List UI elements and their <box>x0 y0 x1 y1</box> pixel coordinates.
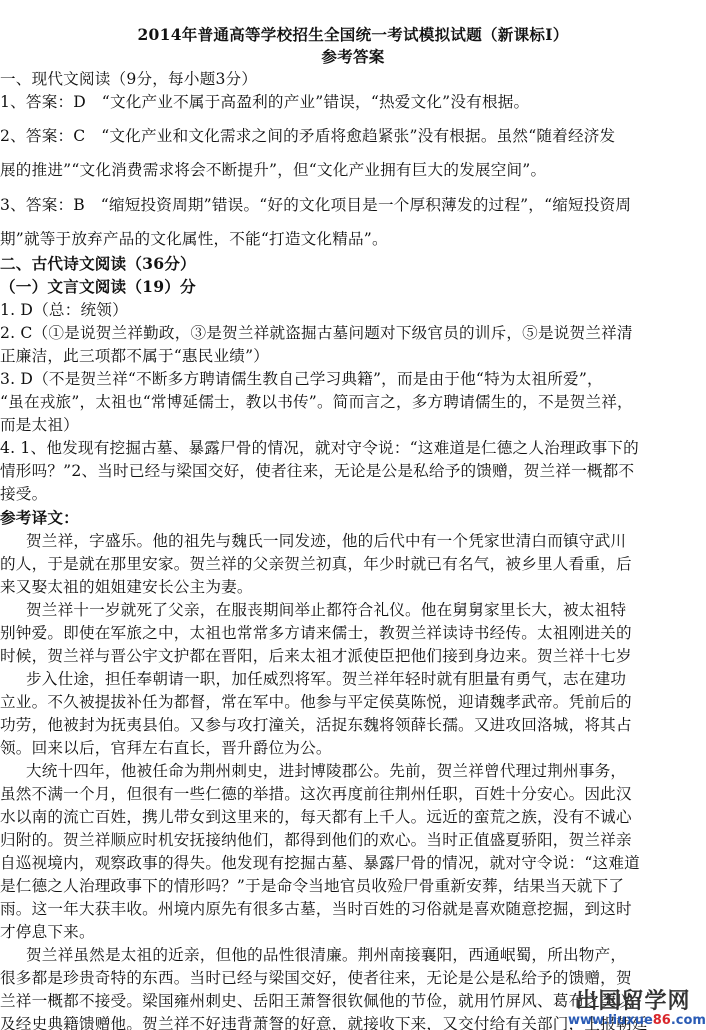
translation-line: 功劳，他被封为抚夷县伯。又参与攻打潼关，活捉东魏将领薛长孺。又进攻回洛城，将其占 <box>0 714 706 736</box>
translation-line: 贺兰祥，字盛乐。他的祖先与魏氏一同发迹，他的后代中有一个凭家世清白而镇守武川 <box>26 530 706 552</box>
translation-line: 很多都是珍贵奇特的东西。当时已经与梁国交好，使者往来，无论是公是私给予的馈赠，贺 <box>0 967 706 989</box>
answer-line: 1. D（总：统领） <box>0 299 706 321</box>
answer-line: 期”就等于放弃产品的文化属性，不能“打造文化精品”。 <box>0 228 706 250</box>
answer-document: 2014年普通高等学校招生全国统一考试模拟试题（新课标Ⅰ） 参考答案 一、现代文… <box>0 0 706 1030</box>
translation-line: 大统十四年，他被任命为荆州刺史，进封博陵郡公。先前，贺兰祥曾代理过荆州事务， <box>26 760 706 782</box>
watermark-url-suffix: .com <box>671 1013 706 1028</box>
subsection-heading-classical-prose: （一）文言文阅读（19）分 <box>0 276 706 298</box>
translation-line: 水以南的流亡百姓，携儿带女到这里来的，每天都有上千人。远近的蛮荒之族，没有不诚心 <box>0 806 706 828</box>
answer-line: 正廉洁，此三项都不属于“惠民业绩”） <box>0 345 706 367</box>
translation-line: 雨。这一年大获丰收。州境内原先有很多古墓，当时百姓的习俗就是喜欢随意挖掘，到这时 <box>0 898 706 920</box>
answer-line: 情形吗？”2、当时已经与梁国交好，使者往来，无论是公是私给予的馈赠，贺兰祥一概都… <box>0 460 706 482</box>
watermark-url-number: 86 <box>653 1013 671 1028</box>
watermark-url: www.liuxue86.com <box>568 1014 698 1028</box>
answer-line: 4. 1、他发现有挖掘古墓、暴露尸骨的情况，就对守令说：“这难道是仁德之人治理政… <box>0 437 706 459</box>
translation-line: 贺兰祥十一岁就死了父亲，在服丧期间举止都符合礼仪。他在舅舅家里长大，被太祖特 <box>26 599 706 621</box>
translation-line: 立业。不久被提拔补任为都督，常在军中。他参与平定侯莫陈悦，迎请魏孝武帝。凭前后的 <box>0 691 706 713</box>
answer-line: “虽在戎旅”，太祖也“常博延儒士，教以书传”。简而言之，多方聘请儒生的，不是贺兰… <box>0 391 706 413</box>
answer-line: 1、答案：D “文化产业不属于高盈利的产业”错误，“热爱文化”没有根据。 <box>0 91 706 113</box>
translation-line: 才停息下来。 <box>0 921 706 943</box>
translation-line: 归附的。贺兰祥顺应时机安抚接纳他们，都得到他们的欢心。当时正值盛夏骄阳，贺兰祥亲 <box>0 829 706 851</box>
document-subtitle: 参考答案 <box>0 46 706 68</box>
document-title: 2014年普通高等学校招生全国统一考试模拟试题（新课标Ⅰ） <box>0 24 706 46</box>
section-heading-classical-reading: 二、古代诗文阅读（36分） <box>0 253 706 275</box>
translation-line: 时候，贺兰祥与晋公宇文护都在晋阳，后来太祖才派使臣把他们接到身边来。贺兰祥十七岁 <box>0 645 706 667</box>
site-watermark: 出国留学网 www.liuxue86.com <box>568 990 698 1028</box>
section-heading-modern-reading: 一、现代文阅读（9分，每小题3分） <box>0 68 706 90</box>
translation-line: 步入仕途，担任奉朝请一职，加任威烈将军。贺兰祥年轻时就有胆量有勇气，志在建功 <box>26 668 706 690</box>
answer-line: 2、答案：C “文化产业和文化需求之间的矛盾将愈趋紧张”没有根据。虽然“随着经济… <box>0 125 706 147</box>
answer-line: 而是太祖） <box>0 414 706 436</box>
translation-line: 领。回来以后，官拜左右直长，晋升爵位为公。 <box>0 737 706 759</box>
translation-line: 的人，于是就在那里安家。贺兰祥的父亲贺兰初真，年少时就已有名气，被乡里人看重，后 <box>0 553 706 575</box>
translation-line: 来又娶太祖的姐姐建安长公主为妻。 <box>0 576 706 598</box>
translation-line: 自巡视境内，观察政事的得失。他发现有挖掘古墓、暴露尸骨的情况，就对守令说：“这难… <box>0 852 706 874</box>
watermark-url-prefix: www.liuxue <box>568 1013 653 1028</box>
translation-line: 贺兰祥虽然是太祖的近亲，但他的品性很清廉。荆州南接襄阳，西通岷蜀，所出物产， <box>26 944 706 966</box>
translation-heading: 参考译文： <box>0 507 706 529</box>
watermark-site-name: 出国留学网 <box>568 990 698 1014</box>
translation-line: 别钟爱。即使在军旅之中，太祖也常常多方请来儒士，教贺兰祥读诗书经传。太祖刚进关的 <box>0 622 706 644</box>
answer-line: 3. D（不是贺兰祥“不断多方聘请儒生教自己学习典籍”，而是由于他“特为太祖所爱… <box>0 368 706 390</box>
answer-line: 展的推进”“文化消费需求将会不断提升”，但“文化产业拥有巨大的发展空间”。 <box>0 159 706 181</box>
translation-line: 是仁德之人治理政事下的情形吗？”于是命令当地官员收殓尸骨重新安葬，结果当天就下了 <box>0 875 706 897</box>
answer-line: 接受。 <box>0 483 706 505</box>
answer-line: 3、答案：B “缩短投资周期”错误。“好的文化项目是一个厚积薄发的过程”，“缩短… <box>0 194 706 216</box>
answer-line: 2. C（①是说贺兰祥勤政，③是贺兰祥就盗掘古墓问题对下级官员的训斥，⑤是说贺兰… <box>0 322 706 344</box>
translation-line: 虽然不满一个月，但很有一些仁德的举措。这次再度前往荆州任职，百姓十分安心。因此汉 <box>0 783 706 805</box>
